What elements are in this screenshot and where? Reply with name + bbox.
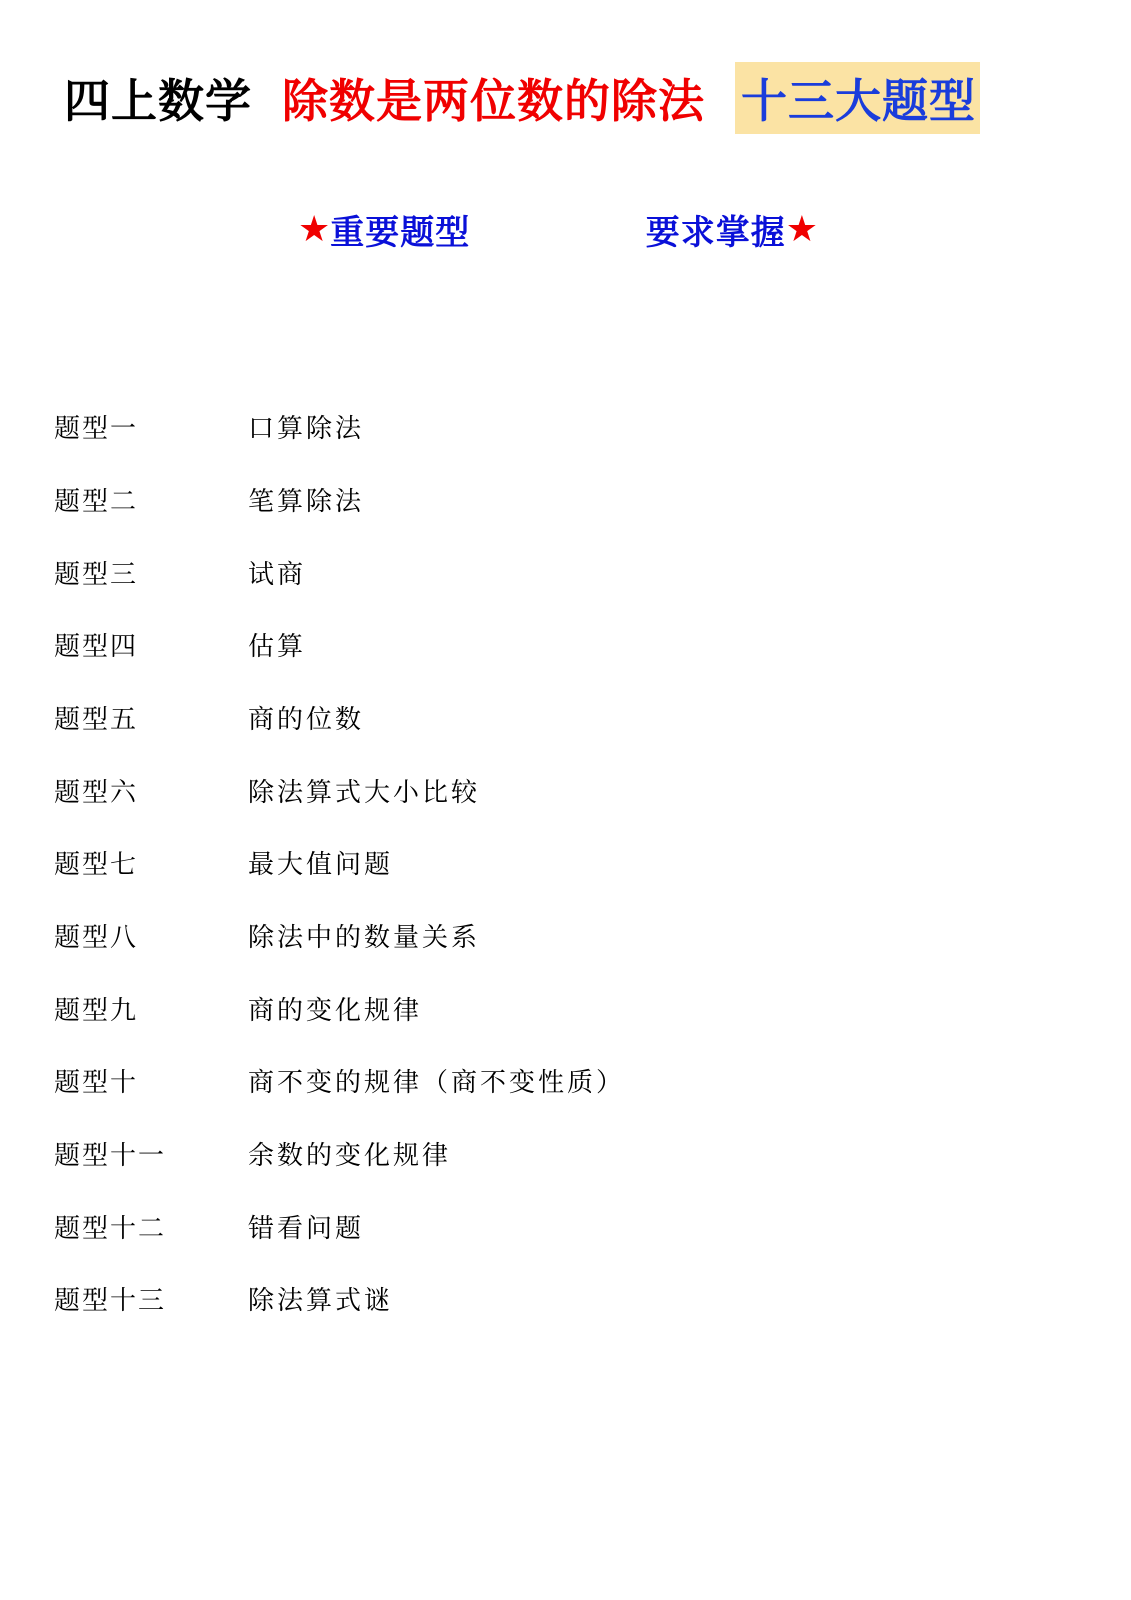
item-label: 题型十二 [54,1208,248,1245]
list-item: 题型四 估算 [54,622,306,666]
item-value: 最大值问题 [248,844,393,881]
item-label: 题型二 [54,481,248,518]
item-value: 笔算除法 [248,481,364,518]
subtitle: ★ 重要题型 要求掌握 ★ [298,204,818,254]
item-label: 题型一 [54,408,248,445]
title-topic: 除数是两位数的除法 [282,65,705,131]
item-value: 除法算式大小比较 [248,772,480,809]
item-value: 余数的变化规律 [248,1135,451,1172]
item-value: 口算除法 [248,408,364,445]
list-item: 题型十三 除法算式谜 [54,1276,393,1320]
item-label: 题型五 [54,699,248,736]
item-value: 错看问题 [248,1208,364,1245]
title-grade: 四上数学 [64,65,252,131]
item-value: 商的变化规律 [248,990,422,1027]
item-value: 试商 [248,554,306,591]
item-label: 题型三 [54,554,248,591]
item-label: 题型七 [54,844,248,881]
page-title: 四上数学 除数是两位数的除法 十三大题型 [64,62,980,134]
list-item: 题型九 商的变化规律 [54,986,422,1030]
list-item: 题型五 商的位数 [54,695,364,739]
item-label: 题型八 [54,917,248,954]
item-label: 题型十三 [54,1280,248,1317]
item-value: 商不变的规律（商不变性质） [248,1062,625,1099]
item-label: 题型四 [54,626,248,663]
item-label: 题型九 [54,990,248,1027]
list-item: 题型十一 余数的变化规律 [54,1131,451,1175]
item-value: 商的位数 [248,699,364,736]
list-item: 题型六 除法算式大小比较 [54,768,480,812]
star-icon: ★ [298,209,330,250]
item-value: 估算 [248,626,306,663]
subtitle-right: 要求掌握 [646,205,786,254]
list-item: 题型十二 错看问题 [54,1204,364,1248]
title-count: 十三大题型 [741,65,976,131]
item-label: 题型十 [54,1062,248,1099]
subtitle-left: 重要题型 [330,205,470,254]
list-item: 题型十 商不变的规律（商不变性质） [54,1058,625,1102]
item-value: 除法中的数量关系 [248,917,480,954]
list-item: 题型二 笔算除法 [54,477,364,521]
list-item: 题型三 试商 [54,550,306,594]
item-label: 题型六 [54,772,248,809]
title-highlight-box: 十三大题型 [735,62,980,134]
list-item: 题型七 最大值问题 [54,840,393,884]
item-value: 除法算式谜 [248,1280,393,1317]
item-label: 题型十一 [54,1135,248,1172]
star-icon: ★ [786,209,818,250]
list-item: 题型一 口算除法 [54,404,364,448]
list-item: 题型八 除法中的数量关系 [54,913,480,957]
